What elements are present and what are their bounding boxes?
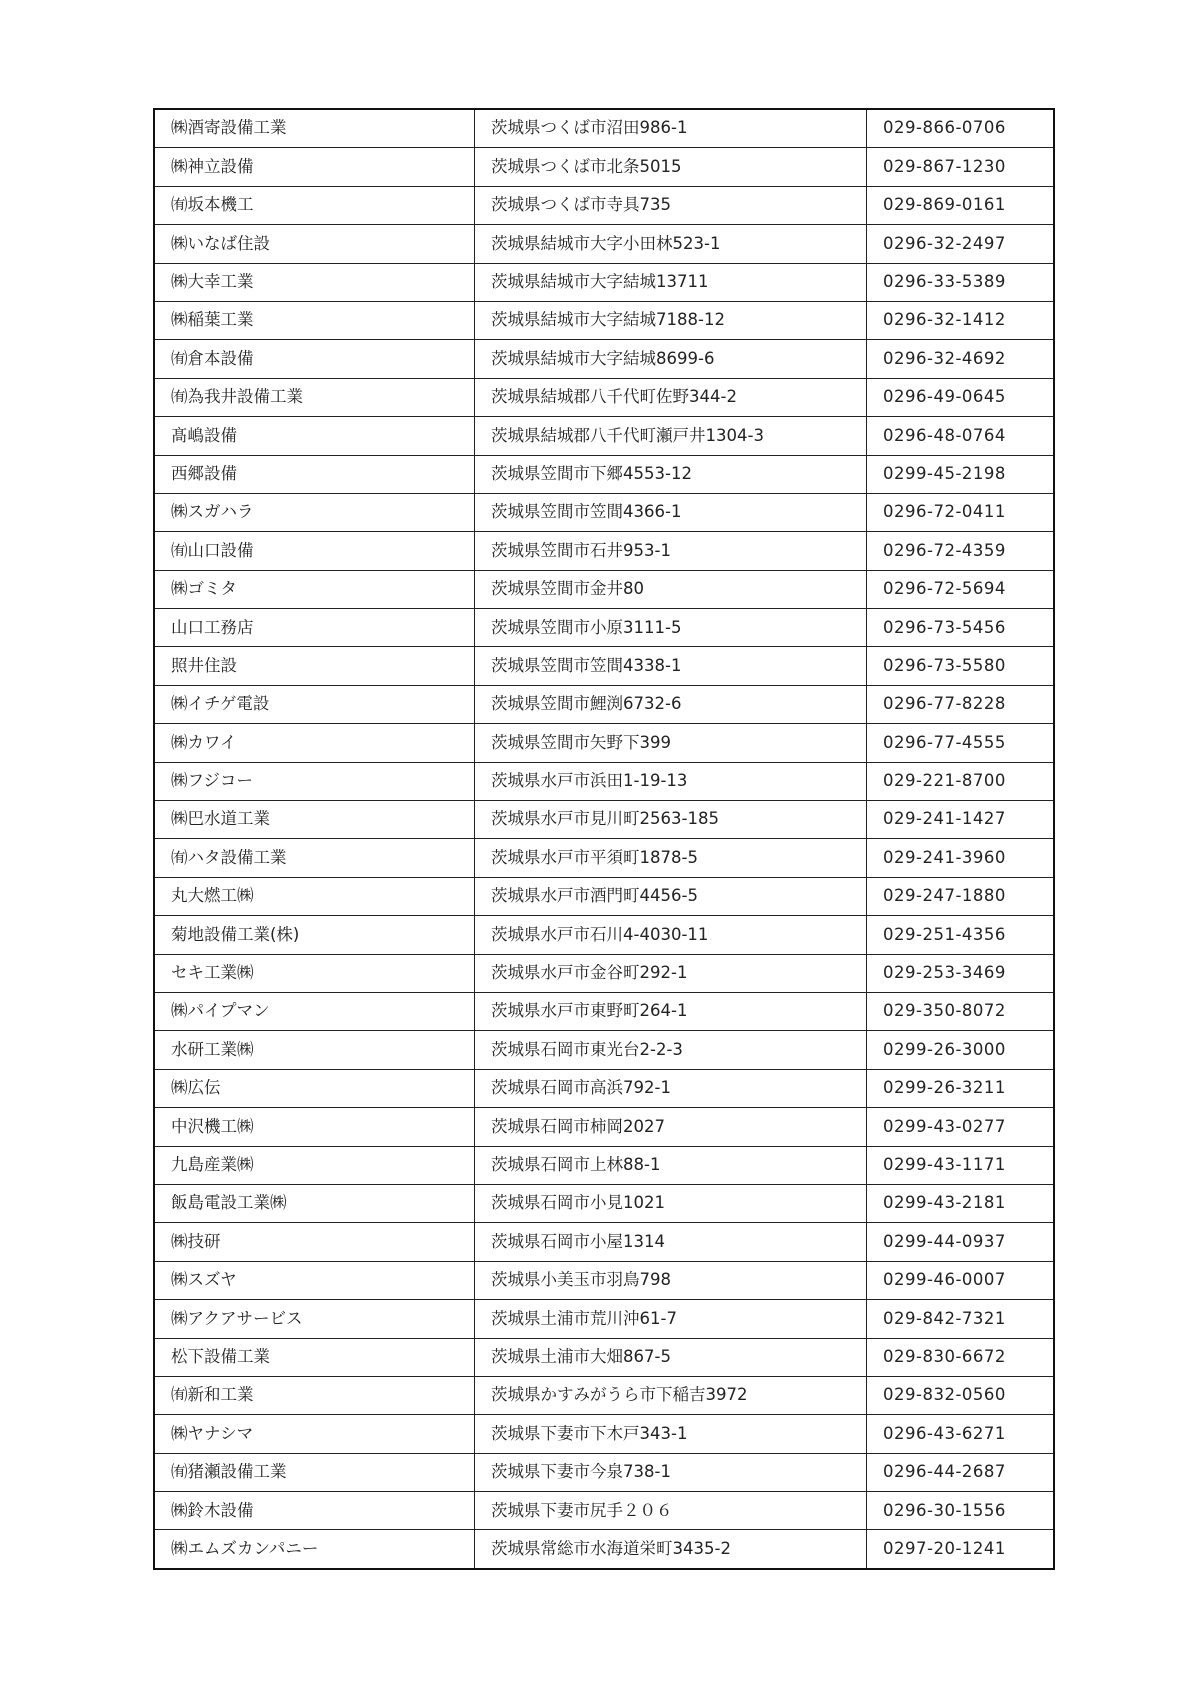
- address-cell: 茨城県水戸市石川4-4030-11: [475, 916, 867, 954]
- table-row: 水研工業㈱茨城県石岡市東光台2-2-30299-26-3000: [154, 1031, 1054, 1069]
- document-page: ㈱酒寄設備工業茨城県つくば市沼田986-1029-866-0706㈱神立設備茨城…: [0, 0, 1191, 1684]
- phone-cell: 0296-72-5694: [867, 570, 1055, 608]
- table-body: ㈱酒寄設備工業茨城県つくば市沼田986-1029-866-0706㈱神立設備茨城…: [154, 109, 1054, 1569]
- company-name-cell: 菊地設備工業(株): [154, 916, 475, 954]
- company-name-cell: 中沢機工㈱: [154, 1108, 475, 1146]
- company-name-cell: ㈱巴水道工業: [154, 801, 475, 839]
- company-name-cell: ㈱いなば住設: [154, 225, 475, 263]
- company-name-cell: ㈱パイプマン: [154, 992, 475, 1030]
- table-row: ㈲ハタ設備工業茨城県水戸市平須町1878-5029-241-3960: [154, 839, 1054, 877]
- phone-cell: 0296-33-5389: [867, 263, 1055, 301]
- table-row: 菊地設備工業(株)茨城県水戸市石川4-4030-11029-251-4356: [154, 916, 1054, 954]
- phone-cell: 0296-73-5456: [867, 609, 1055, 647]
- address-cell: 茨城県水戸市見川町2563-185: [475, 801, 867, 839]
- company-name-cell: 西郷設備: [154, 455, 475, 493]
- address-cell: 茨城県笠間市小原3111-5: [475, 609, 867, 647]
- phone-cell: 0296-30-1556: [867, 1492, 1055, 1530]
- address-cell: 茨城県つくば市沼田986-1: [475, 109, 867, 148]
- address-cell: 茨城県笠間市笠間4338-1: [475, 647, 867, 685]
- table-row: ㈱イチゲ電設茨城県笠間市鯉渕6732-60296-77-8228: [154, 685, 1054, 723]
- table-row: ㈱鈴木設備茨城県下妻市尻手２０６0296-30-1556: [154, 1492, 1054, 1530]
- company-name-cell: 松下設備工業: [154, 1338, 475, 1376]
- address-cell: 茨城県結城市大字結城7188-12: [475, 301, 867, 339]
- address-cell: 茨城県水戸市東野町264-1: [475, 992, 867, 1030]
- address-cell: 茨城県つくば市北条5015: [475, 148, 867, 186]
- company-name-cell: ㈲新和工業: [154, 1376, 475, 1414]
- phone-cell: 029-832-0560: [867, 1376, 1055, 1414]
- address-cell: 茨城県結城市大字小田林523-1: [475, 225, 867, 263]
- company-name-cell: ㈱アクアサービス: [154, 1300, 475, 1338]
- table-row: 松下設備工業茨城県土浦市大畑867-5029-830-6672: [154, 1338, 1054, 1376]
- table-row: ㈱アクアサービス茨城県土浦市荒川沖61-7029-842-7321: [154, 1300, 1054, 1338]
- company-name-cell: ㈲山口設備: [154, 532, 475, 570]
- phone-cell: 029-241-1427: [867, 801, 1055, 839]
- phone-cell: 0296-77-8228: [867, 685, 1055, 723]
- phone-cell: 0297-20-1241: [867, 1530, 1055, 1569]
- address-cell: 茨城県笠間市鯉渕6732-6: [475, 685, 867, 723]
- company-name-cell: 九島産業㈱: [154, 1146, 475, 1184]
- company-name-cell: 飯島電設工業㈱: [154, 1184, 475, 1222]
- address-cell: 茨城県石岡市上林88-1: [475, 1146, 867, 1184]
- phone-cell: 0296-77-4555: [867, 724, 1055, 762]
- phone-cell: 029-867-1230: [867, 148, 1055, 186]
- phone-cell: 029-830-6672: [867, 1338, 1055, 1376]
- address-cell: 茨城県常総市水海道栄町3435-2: [475, 1530, 867, 1569]
- phone-cell: 0299-43-1171: [867, 1146, 1055, 1184]
- table-row: 中沢機工㈱茨城県石岡市柿岡20270299-43-0277: [154, 1108, 1054, 1146]
- phone-cell: 029-241-3960: [867, 839, 1055, 877]
- table-row: ㈲新和工業茨城県かすみがうら市下稲吉3972029-832-0560: [154, 1376, 1054, 1414]
- company-name-cell: ㈱大幸工業: [154, 263, 475, 301]
- table-row: ㈱巴水道工業茨城県水戸市見川町2563-185029-241-1427: [154, 801, 1054, 839]
- company-name-cell: ㈱酒寄設備工業: [154, 109, 475, 148]
- table-row: ㈲倉本設備茨城県結城市大字結城8699-60296-32-4692: [154, 340, 1054, 378]
- table-row: ㈲猪瀬設備工業茨城県下妻市今泉738-10296-44-2687: [154, 1453, 1054, 1491]
- company-name-cell: ㈲ハタ設備工業: [154, 839, 475, 877]
- phone-cell: 0299-44-0937: [867, 1223, 1055, 1261]
- table-row: ㈱稲葉工業茨城県結城市大字結城7188-120296-32-1412: [154, 301, 1054, 339]
- address-cell: 茨城県結城市大字結城13711: [475, 263, 867, 301]
- address-cell: 茨城県水戸市酒門町4456-5: [475, 877, 867, 915]
- table-row: ㈱ヤナシマ茨城県下妻市下木戸343-10296-43-6271: [154, 1415, 1054, 1453]
- address-cell: 茨城県つくば市寺具735: [475, 186, 867, 224]
- address-cell: 茨城県小美玉市羽鳥798: [475, 1261, 867, 1299]
- address-cell: 茨城県結城郡八千代町佐野344-2: [475, 378, 867, 416]
- phone-cell: 0296-32-1412: [867, 301, 1055, 339]
- address-cell: 茨城県結城郡八千代町瀬戸井1304-3: [475, 417, 867, 455]
- phone-cell: 029-221-8700: [867, 762, 1055, 800]
- company-name-cell: ㈲猪瀬設備工業: [154, 1453, 475, 1491]
- phone-cell: 029-350-8072: [867, 992, 1055, 1030]
- phone-cell: 0296-44-2687: [867, 1453, 1055, 1491]
- table-row: ㈱いなば住設茨城県結城市大字小田林523-10296-32-2497: [154, 225, 1054, 263]
- address-cell: 茨城県石岡市高浜792-1: [475, 1069, 867, 1107]
- company-name-cell: 髙嶋設備: [154, 417, 475, 455]
- table-row: ㈱スズヤ茨城県小美玉市羽鳥7980299-46-0007: [154, 1261, 1054, 1299]
- address-cell: 茨城県笠間市金井80: [475, 570, 867, 608]
- address-cell: 茨城県笠間市下郷4553-12: [475, 455, 867, 493]
- company-name-cell: セキ工業㈱: [154, 954, 475, 992]
- table-row: ㈱大幸工業茨城県結城市大字結城137110296-33-5389: [154, 263, 1054, 301]
- company-name-cell: ㈱スガハラ: [154, 493, 475, 531]
- company-name-cell: ㈱ヤナシマ: [154, 1415, 475, 1453]
- table-row: セキ工業㈱茨城県水戸市金谷町292-1029-253-3469: [154, 954, 1054, 992]
- table-row: ㈱技研茨城県石岡市小屋13140299-44-0937: [154, 1223, 1054, 1261]
- phone-cell: 029-251-4356: [867, 916, 1055, 954]
- address-cell: 茨城県笠間市矢野下399: [475, 724, 867, 762]
- phone-cell: 0296-32-2497: [867, 225, 1055, 263]
- company-name-cell: ㈱広伝: [154, 1069, 475, 1107]
- table-row: 西郷設備茨城県笠間市下郷4553-120299-45-2198: [154, 455, 1054, 493]
- company-name-cell: ㈱カワイ: [154, 724, 475, 762]
- address-cell: 茨城県結城市大字結城8699-6: [475, 340, 867, 378]
- company-name-cell: ㈱技研: [154, 1223, 475, 1261]
- company-name-cell: ㈲坂本機工: [154, 186, 475, 224]
- phone-cell: 0299-43-2181: [867, 1184, 1055, 1222]
- table-row: ㈱ゴミタ茨城県笠間市金井800296-72-5694: [154, 570, 1054, 608]
- table-row: ㈱エムズカンパニー茨城県常総市水海道栄町3435-20297-20-1241: [154, 1530, 1054, 1569]
- address-cell: 茨城県かすみがうら市下稲吉3972: [475, 1376, 867, 1414]
- table-row: ㈱カワイ茨城県笠間市矢野下3990296-77-4555: [154, 724, 1054, 762]
- phone-cell: 029-866-0706: [867, 109, 1055, 148]
- table-row: ㈱神立設備茨城県つくば市北条5015029-867-1230: [154, 148, 1054, 186]
- address-cell: 茨城県石岡市小見1021: [475, 1184, 867, 1222]
- phone-cell: 029-869-0161: [867, 186, 1055, 224]
- table-row: ㈱酒寄設備工業茨城県つくば市沼田986-1029-866-0706: [154, 109, 1054, 148]
- company-name-cell: ㈲倉本設備: [154, 340, 475, 378]
- company-name-cell: 丸大燃工㈱: [154, 877, 475, 915]
- table-row: ㈱スガハラ茨城県笠間市笠間4366-10296-72-0411: [154, 493, 1054, 531]
- phone-cell: 0296-43-6271: [867, 1415, 1055, 1453]
- table-row: 飯島電設工業㈱茨城県石岡市小見10210299-43-2181: [154, 1184, 1054, 1222]
- phone-cell: 029-253-3469: [867, 954, 1055, 992]
- address-cell: 茨城県石岡市小屋1314: [475, 1223, 867, 1261]
- company-name-cell: ㈱ゴミタ: [154, 570, 475, 608]
- phone-cell: 0296-73-5580: [867, 647, 1055, 685]
- address-cell: 茨城県水戸市金谷町292-1: [475, 954, 867, 992]
- address-cell: 茨城県笠間市笠間4366-1: [475, 493, 867, 531]
- phone-cell: 0296-49-0645: [867, 378, 1055, 416]
- company-name-cell: 照井住設: [154, 647, 475, 685]
- phone-cell: 0299-43-0277: [867, 1108, 1055, 1146]
- address-cell: 茨城県石岡市柿岡2027: [475, 1108, 867, 1146]
- table-row: 丸大燃工㈱茨城県水戸市酒門町4456-5029-247-1880: [154, 877, 1054, 915]
- company-name-cell: ㈱エムズカンパニー: [154, 1530, 475, 1569]
- phone-cell: 0296-72-0411: [867, 493, 1055, 531]
- phone-cell: 0299-26-3211: [867, 1069, 1055, 1107]
- company-name-cell: ㈱スズヤ: [154, 1261, 475, 1299]
- company-name-cell: 山口工務店: [154, 609, 475, 647]
- address-cell: 茨城県土浦市荒川沖61-7: [475, 1300, 867, 1338]
- table-row: 九島産業㈱茨城県石岡市上林88-10299-43-1171: [154, 1146, 1054, 1184]
- address-cell: 茨城県下妻市今泉738-1: [475, 1453, 867, 1491]
- company-name-cell: ㈱フジコー: [154, 762, 475, 800]
- company-name-cell: 水研工業㈱: [154, 1031, 475, 1069]
- table-row: ㈱パイプマン茨城県水戸市東野町264-1029-350-8072: [154, 992, 1054, 1030]
- phone-cell: 0299-26-3000: [867, 1031, 1055, 1069]
- company-name-cell: ㈱稲葉工業: [154, 301, 475, 339]
- company-name-cell: ㈱神立設備: [154, 148, 475, 186]
- company-name-cell: ㈱イチゲ電設: [154, 685, 475, 723]
- company-name-cell: ㈲為我井設備工業: [154, 378, 475, 416]
- table-row: ㈱広伝茨城県石岡市高浜792-10299-26-3211: [154, 1069, 1054, 1107]
- address-cell: 茨城県笠間市石井953-1: [475, 532, 867, 570]
- table-row: 髙嶋設備茨城県結城郡八千代町瀬戸井1304-30296-48-0764: [154, 417, 1054, 455]
- table-row: ㈲坂本機工茨城県つくば市寺具735029-869-0161: [154, 186, 1054, 224]
- phone-cell: 0296-32-4692: [867, 340, 1055, 378]
- phone-cell: 0299-46-0007: [867, 1261, 1055, 1299]
- address-cell: 茨城県下妻市尻手２０６: [475, 1492, 867, 1530]
- address-cell: 茨城県下妻市下木戸343-1: [475, 1415, 867, 1453]
- table-row: 山口工務店茨城県笠間市小原3111-50296-73-5456: [154, 609, 1054, 647]
- table-row: ㈲為我井設備工業茨城県結城郡八千代町佐野344-20296-49-0645: [154, 378, 1054, 416]
- address-cell: 茨城県石岡市東光台2-2-3: [475, 1031, 867, 1069]
- address-cell: 茨城県水戸市浜田1-19-13: [475, 762, 867, 800]
- contractor-table: ㈱酒寄設備工業茨城県つくば市沼田986-1029-866-0706㈱神立設備茨城…: [153, 108, 1055, 1570]
- phone-cell: 029-842-7321: [867, 1300, 1055, 1338]
- company-name-cell: ㈱鈴木設備: [154, 1492, 475, 1530]
- table-row: ㈲山口設備茨城県笠間市石井953-10296-72-4359: [154, 532, 1054, 570]
- table-row: 照井住設茨城県笠間市笠間4338-10296-73-5580: [154, 647, 1054, 685]
- phone-cell: 029-247-1880: [867, 877, 1055, 915]
- table-row: ㈱フジコー茨城県水戸市浜田1-19-13029-221-8700: [154, 762, 1054, 800]
- phone-cell: 0296-72-4359: [867, 532, 1055, 570]
- phone-cell: 0296-48-0764: [867, 417, 1055, 455]
- address-cell: 茨城県水戸市平須町1878-5: [475, 839, 867, 877]
- phone-cell: 0299-45-2198: [867, 455, 1055, 493]
- address-cell: 茨城県土浦市大畑867-5: [475, 1338, 867, 1376]
